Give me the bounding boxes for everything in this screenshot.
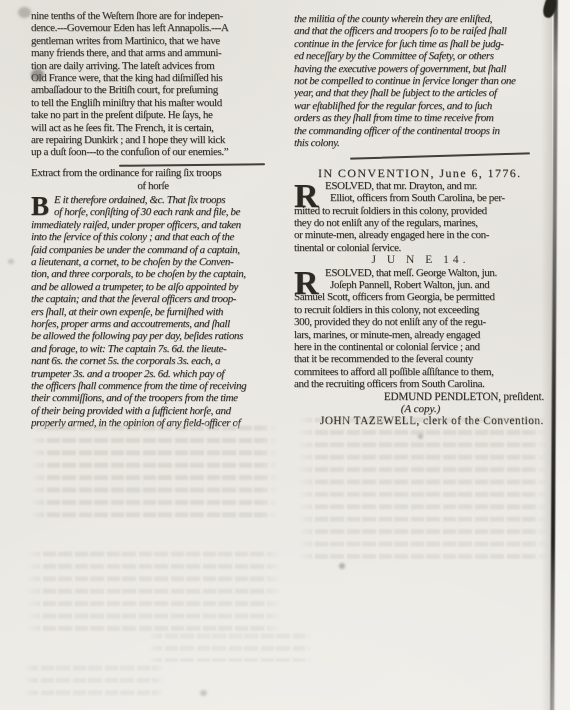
- text-line: and that the officers and troopers ſo to…: [294, 25, 547, 37]
- scan-margin-strip: [556, 0, 570, 710]
- news-paragraph: nine tenths of the Weſtern ſhore are for…: [31, 10, 275, 159]
- clerk-signature: JOHN TAZEWELL, clerk of the Convention.: [294, 415, 547, 428]
- text-line: take no part in the preſent diſpute. He …: [31, 109, 275, 121]
- text-line: that it be recommended to the ſeveral co…: [294, 353, 547, 365]
- text-line: the officers ſhall commence from the tim…: [31, 380, 275, 392]
- text-line: here in the continental or colonial ſerv…: [294, 341, 547, 353]
- text-line: or minute-men, already engaged here in t…: [294, 229, 547, 241]
- drop-cap-r: R: [294, 181, 319, 212]
- text-line: this colony.: [294, 137, 547, 149]
- ordinance-continued-paragraph: the militia of the county wherein they a…: [294, 13, 547, 149]
- bleed-through-text: [298, 414, 548, 566]
- text-line: Extract from the ordinance for raiſing ſ…: [31, 167, 275, 179]
- text-line: ESOLVED, that meſſ. George Walton, jun.: [294, 267, 547, 279]
- bleed-through-text: [148, 630, 313, 662]
- text-line: ſaid companies be under the command of a…: [31, 244, 275, 256]
- text-line: ers ſhall, at their own expenſe, be furn…: [31, 306, 275, 318]
- ordinance-paragraph: B E it therefore ordained, &c. That ſix …: [31, 194, 275, 429]
- text-line: not be compelled to continue in ſervice …: [294, 75, 547, 87]
- text-line: tion, and three corporals, to be choſen …: [31, 268, 275, 280]
- bleed-through-text: [30, 422, 278, 522]
- text-line: commitees to afford all poſſible aſſiſta…: [294, 366, 547, 378]
- text-line: Elliot, officers from South Carolina, be…: [294, 192, 547, 204]
- text-line: will act as he ſees fit. The French, it …: [31, 122, 275, 134]
- text-line: Joſeph Pannell, Robert Walton, jun. and: [294, 279, 547, 291]
- left-column: nine tenths of the Weſtern ſhore are for…: [31, 10, 275, 429]
- text-line: Old France were, that the king had diſmi…: [31, 72, 275, 84]
- text-line: into the ſervice of this colony ; and th…: [31, 231, 275, 243]
- bleed-through-text: [24, 662, 164, 702]
- text-line: lars, marines, or minute-men, already en…: [294, 329, 547, 341]
- text-line: to tell the Engliſh miniſtry that his ma…: [31, 97, 275, 109]
- resolution-june14-lines: ESOLVED, that meſſ. George Walton, jun.J…: [294, 267, 547, 391]
- text-line: immediately raiſed, under proper officer…: [31, 219, 275, 231]
- text-line: their commiſſions, and of the troopers f…: [31, 392, 275, 404]
- president-signature: EDMUND PENDLETON, preſident.: [294, 391, 547, 403]
- text-line: they do not enliſt any of the regulars, …: [294, 217, 547, 229]
- resolution-june6-lines: ESOLVED, that mr. Drayton, and mr.Elliot…: [294, 180, 547, 254]
- text-line: tinental or colonial ſervice.: [294, 242, 547, 254]
- ink-smudge: [200, 690, 207, 696]
- text-line: nant 6s. the cornet 5s. the corporals 3s…: [31, 355, 275, 367]
- text-line: the commanding officer of the continenta…: [294, 125, 547, 137]
- text-line: tion are daily arriving. The lateſt advi…: [31, 60, 275, 72]
- text-line: be allowed the following pay per day, be…: [31, 330, 275, 342]
- text-line: and forage, to wit: The captain 7s. 6d. …: [31, 343, 275, 355]
- ink-smudge: [339, 563, 345, 569]
- text-line: of their being provided with a ſufficien…: [31, 405, 275, 417]
- extract-heading: Extract from the ordinance for raiſing ſ…: [31, 167, 275, 192]
- text-line: orders as they ſhall from time to time r…: [294, 112, 547, 124]
- text-line: a lieutenant, a cornet, to be choſen by …: [31, 256, 275, 268]
- ordinance-lines: E it therefore ordained, &c. That ſix tr…: [31, 194, 275, 429]
- ink-smudge: [418, 434, 423, 439]
- text-line: nine tenths of the Weſtern ſhore are for…: [31, 10, 275, 22]
- drop-cap-r: R: [294, 268, 319, 299]
- text-line: and be allowed a trumpeter, to be alſo a…: [31, 281, 275, 293]
- text-line: ed neceſſary by the Committee of Safety,…: [294, 50, 547, 62]
- text-line: year, and that they ſhall be ſubject to …: [294, 87, 547, 99]
- text-line: Samuel Scott, officers from Georgia, be …: [294, 291, 547, 303]
- text-line: ambaſſadour to the Britiſh court, for pr…: [31, 84, 275, 96]
- ink-smudge: [8, 259, 14, 264]
- drop-cap-b: B: [31, 194, 49, 219]
- june-14-heading: J U N E 14.: [294, 254, 547, 266]
- text-line: are repairing Dunkirk ; and I hope they …: [31, 134, 275, 146]
- text-line: trumpeter 3s. and a trooper 2s. 6d. whic…: [31, 368, 275, 380]
- text-line: up a duſt ſoon---to the confuſion of our…: [31, 146, 275, 158]
- text-line: to recruit ſoldiers in this colony, not …: [294, 304, 547, 316]
- right-column: the militia of the county wherein they a…: [294, 13, 547, 428]
- text-line: and the recruiting officers from South C…: [294, 378, 547, 390]
- text-line: mitted to recruit ſoldiers in this colon…: [294, 205, 547, 217]
- text-line: war eſtabliſhed for the regular forces, …: [294, 100, 547, 112]
- resolution-paragraph-june14: R ESOLVED, that meſſ. George Walton, jun…: [294, 267, 547, 391]
- convention-heading: IN CONVENTION, June 6, 1776.: [318, 166, 547, 180]
- section-rule: [119, 163, 265, 166]
- text-line: dence.---Governour Eden has left Annapol…: [31, 22, 275, 34]
- ink-smudge: [18, 7, 31, 18]
- text-line: 300, provided they do not enliſt any of …: [294, 316, 547, 328]
- resolution-paragraph-june6: R ESOLVED, that mr. Drayton, and mr.Elli…: [294, 180, 547, 254]
- text-line: properly armed, in the opinion of any fi…: [31, 417, 275, 429]
- text-line: continue in the ſervice for ſuch time as…: [294, 38, 547, 50]
- newspaper-page: nine tenths of the Weſtern ſhore are for…: [0, 0, 570, 710]
- text-line: of horſe: [31, 180, 275, 192]
- text-line: of horſe, conſiſting of 30 each rank and…: [31, 206, 275, 218]
- bleed-through-text: [26, 548, 282, 634]
- text-line: E it therefore ordained, &c. That ſix tr…: [31, 194, 275, 206]
- text-line: the militia of the county wherein they a…: [294, 13, 547, 25]
- text-line: many friends there, and that arms and am…: [31, 47, 275, 59]
- text-line: gentleman writes from Martinico, that we…: [31, 35, 275, 47]
- section-rule: [350, 153, 530, 160]
- text-line: having the executive powers of governmen…: [294, 63, 547, 75]
- copy-note: (A copy.): [294, 403, 547, 415]
- text-line: the captain; and that the ſeveral office…: [31, 293, 275, 305]
- text-line: horſes, proper arms and accoutrements, a…: [31, 318, 275, 330]
- text-line: ESOLVED, that mr. Drayton, and mr.: [294, 180, 547, 192]
